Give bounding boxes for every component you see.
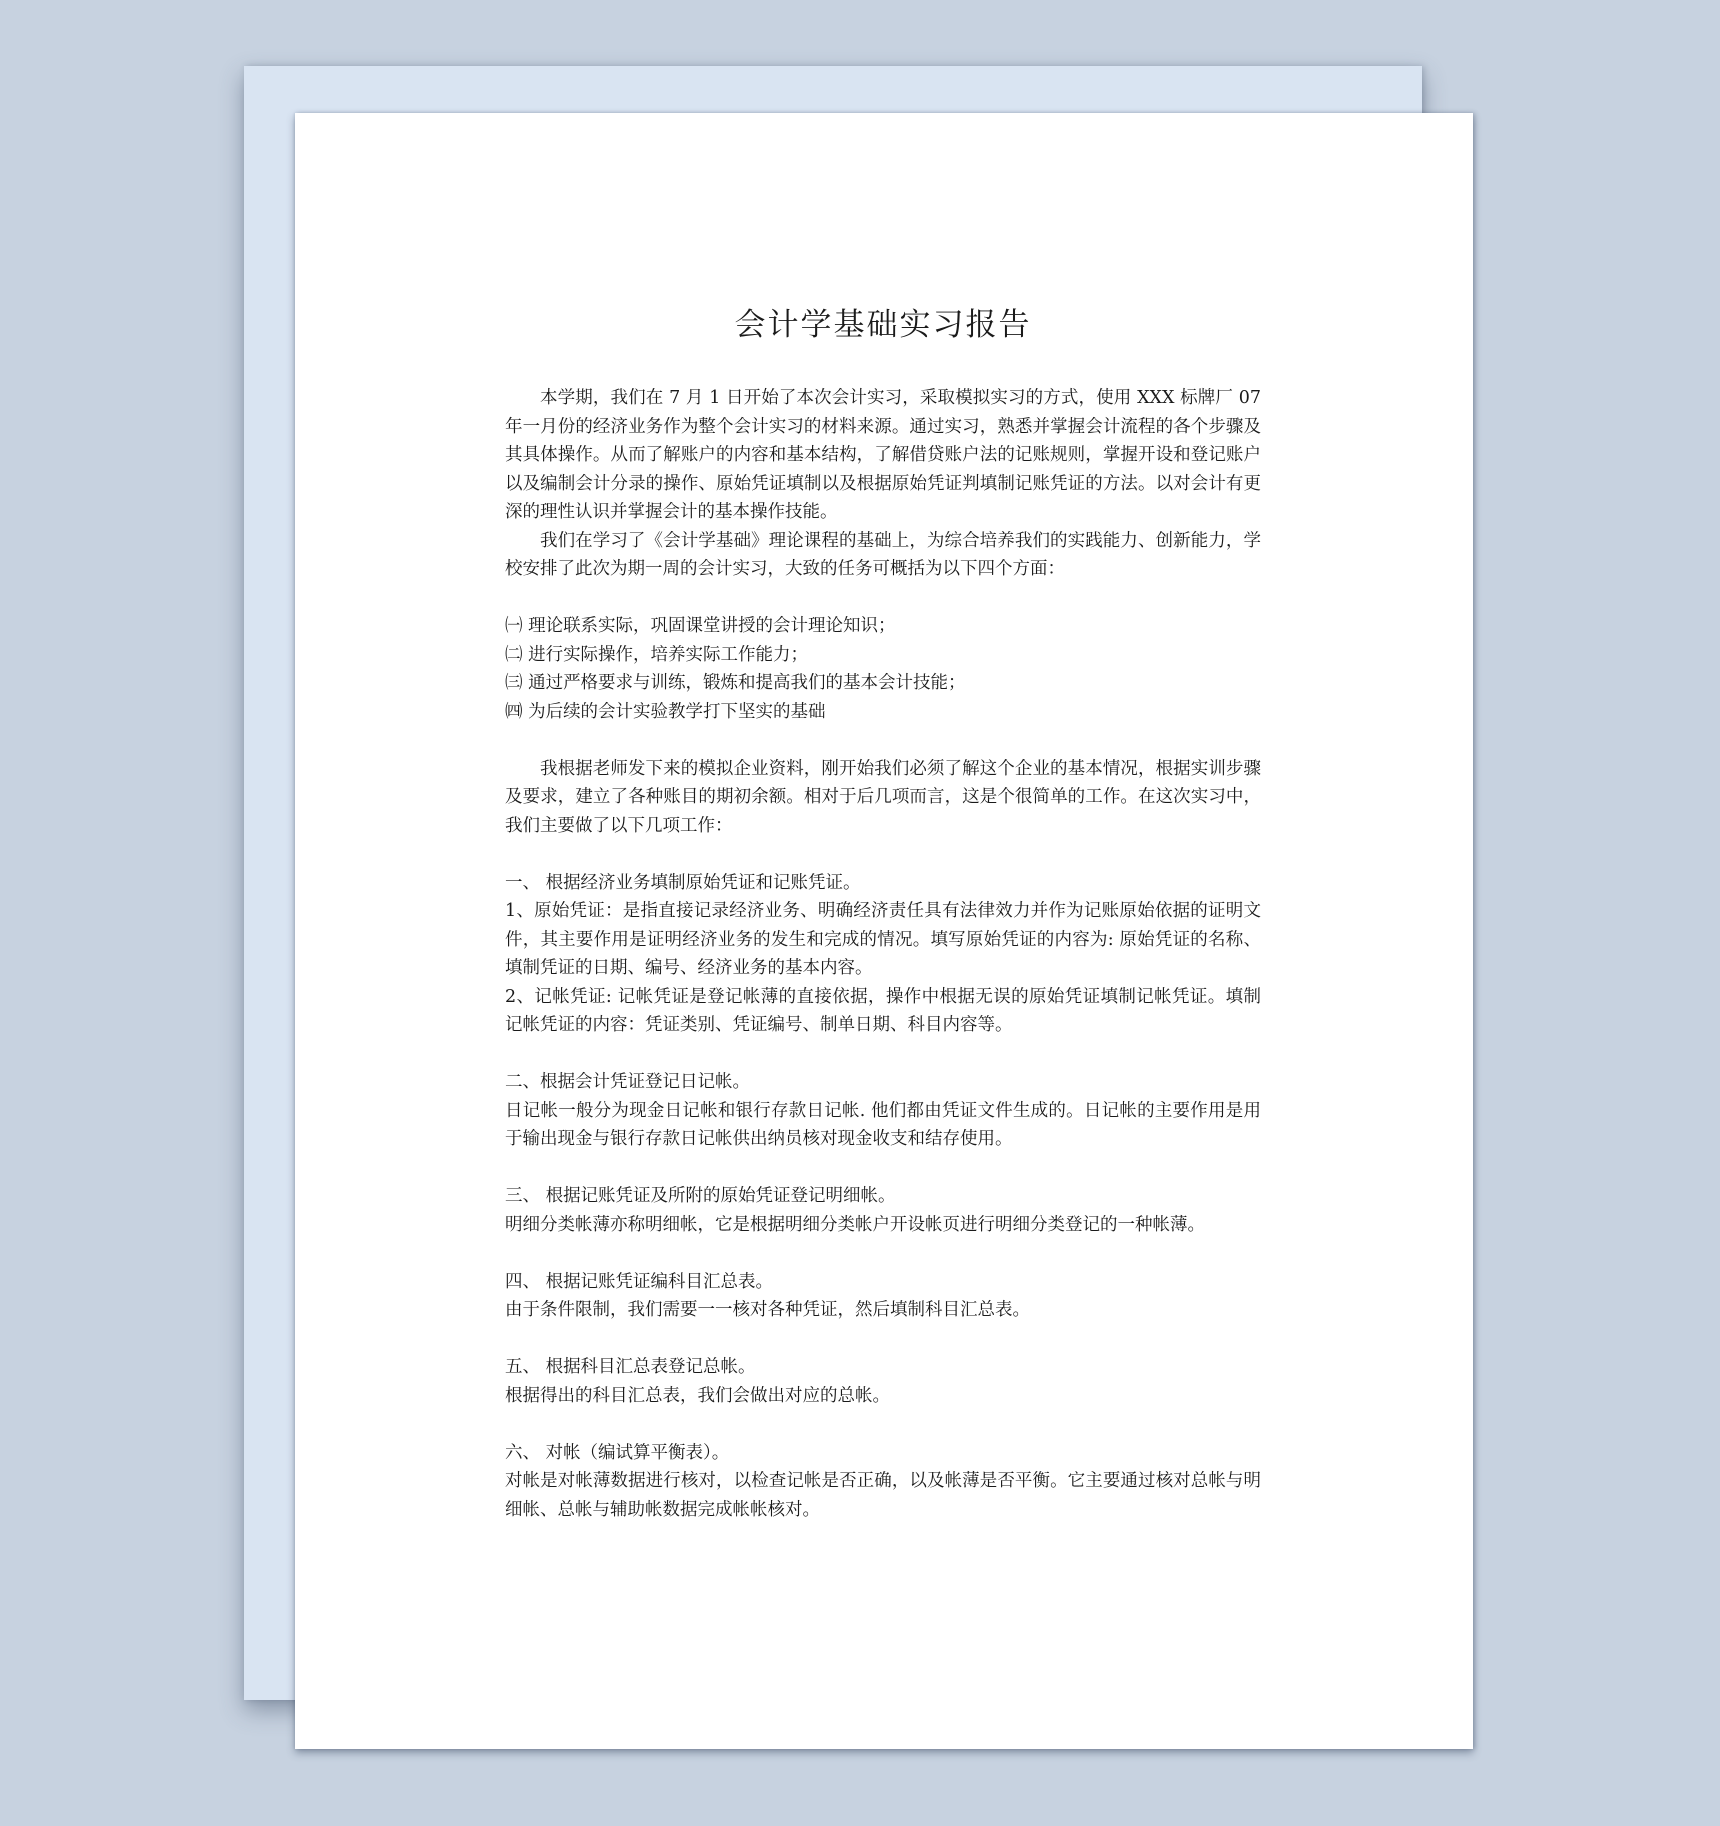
document-title: 会计学基础实习报告 [505, 305, 1261, 345]
transition-paragraph: 我根据老师发下来的模拟企业资料，刚开始我们必须了解这个企业的基本情况，根据实训步… [505, 755, 1261, 841]
section-heading: 五、 根据科目汇总表登记总帐。 [505, 1353, 1261, 1382]
section-heading: 二、根据会计凭证登记日记帐。 [505, 1068, 1261, 1097]
intro-paragraph: 我们在学习了《会计学基础》理论课程的基础上，为综合培养我们的实践能力、创新能力，… [505, 527, 1261, 584]
document-page: 会计学基础实习报告 本学期，我们在 7 月 1 日开始了本次会计实习，采取模拟实… [295, 113, 1473, 1749]
section-heading: 三、 根据记账凭证及所附的原始凭证登记明细帐。 [505, 1182, 1261, 1211]
spacer [505, 1410, 1261, 1439]
task-item: ㈢ 通过严格要求与训练，锻炼和提高我们的基本会计技能； [505, 669, 1261, 698]
spacer [505, 840, 1261, 869]
task-item: ㈡ 进行实际操作，培养实际工作能力； [505, 641, 1261, 670]
task-item: ㈣ 为后续的会计实验教学打下坚实的基础 [505, 698, 1261, 727]
section-paragraph: 2、记帐凭证: 记帐凭证是登记帐薄的直接依据，操作中根据无误的原始凭证填制记帐凭… [505, 983, 1261, 1040]
section-heading: 四、 根据记账凭证编科目汇总表。 [505, 1268, 1261, 1297]
spacer [505, 726, 1261, 755]
spacer [505, 1040, 1261, 1069]
section-paragraph: 对帐是对帐薄数据进行核对，以检查记帐是否正确，以及帐薄是否平衡。它主要通过核对总… [505, 1467, 1261, 1524]
section-paragraph: 日记帐一般分为现金日记帐和银行存款日记帐. 他们都由凭证文件生成的。日记帐的主要… [505, 1097, 1261, 1154]
spacer [505, 1325, 1261, 1354]
spacer [505, 584, 1261, 613]
section-paragraph: 明细分类帐薄亦称明细帐，它是根据明细分类帐户开设帐页进行明细分类登记的一种帐薄。 [505, 1211, 1261, 1240]
section-paragraph: 根据得出的科目汇总表，我们会做出对应的总帐。 [505, 1382, 1261, 1411]
section-paragraph: 由于条件限制，我们需要一一核对各种凭证，然后填制科目汇总表。 [505, 1296, 1261, 1325]
section-heading: 一、 根据经济业务填制原始凭证和记账凭证。 [505, 869, 1261, 898]
document-body: 本学期，我们在 7 月 1 日开始了本次会计实习，采取模拟实习的方式，使用 XX… [505, 384, 1261, 1524]
spacer [505, 1239, 1261, 1268]
section-heading: 六、 对帐（编试算平衡表）。 [505, 1439, 1261, 1468]
spacer [505, 1154, 1261, 1183]
task-item: ㈠ 理论联系实际，巩固课堂讲授的会计理论知识； [505, 612, 1261, 641]
intro-paragraph: 本学期，我们在 7 月 1 日开始了本次会计实习，采取模拟实习的方式，使用 XX… [505, 384, 1261, 527]
section-paragraph: 1、原始凭证：是指直接记录经济业务、明确经济责任具有法律效力并作为记账原始依据的… [505, 897, 1261, 983]
